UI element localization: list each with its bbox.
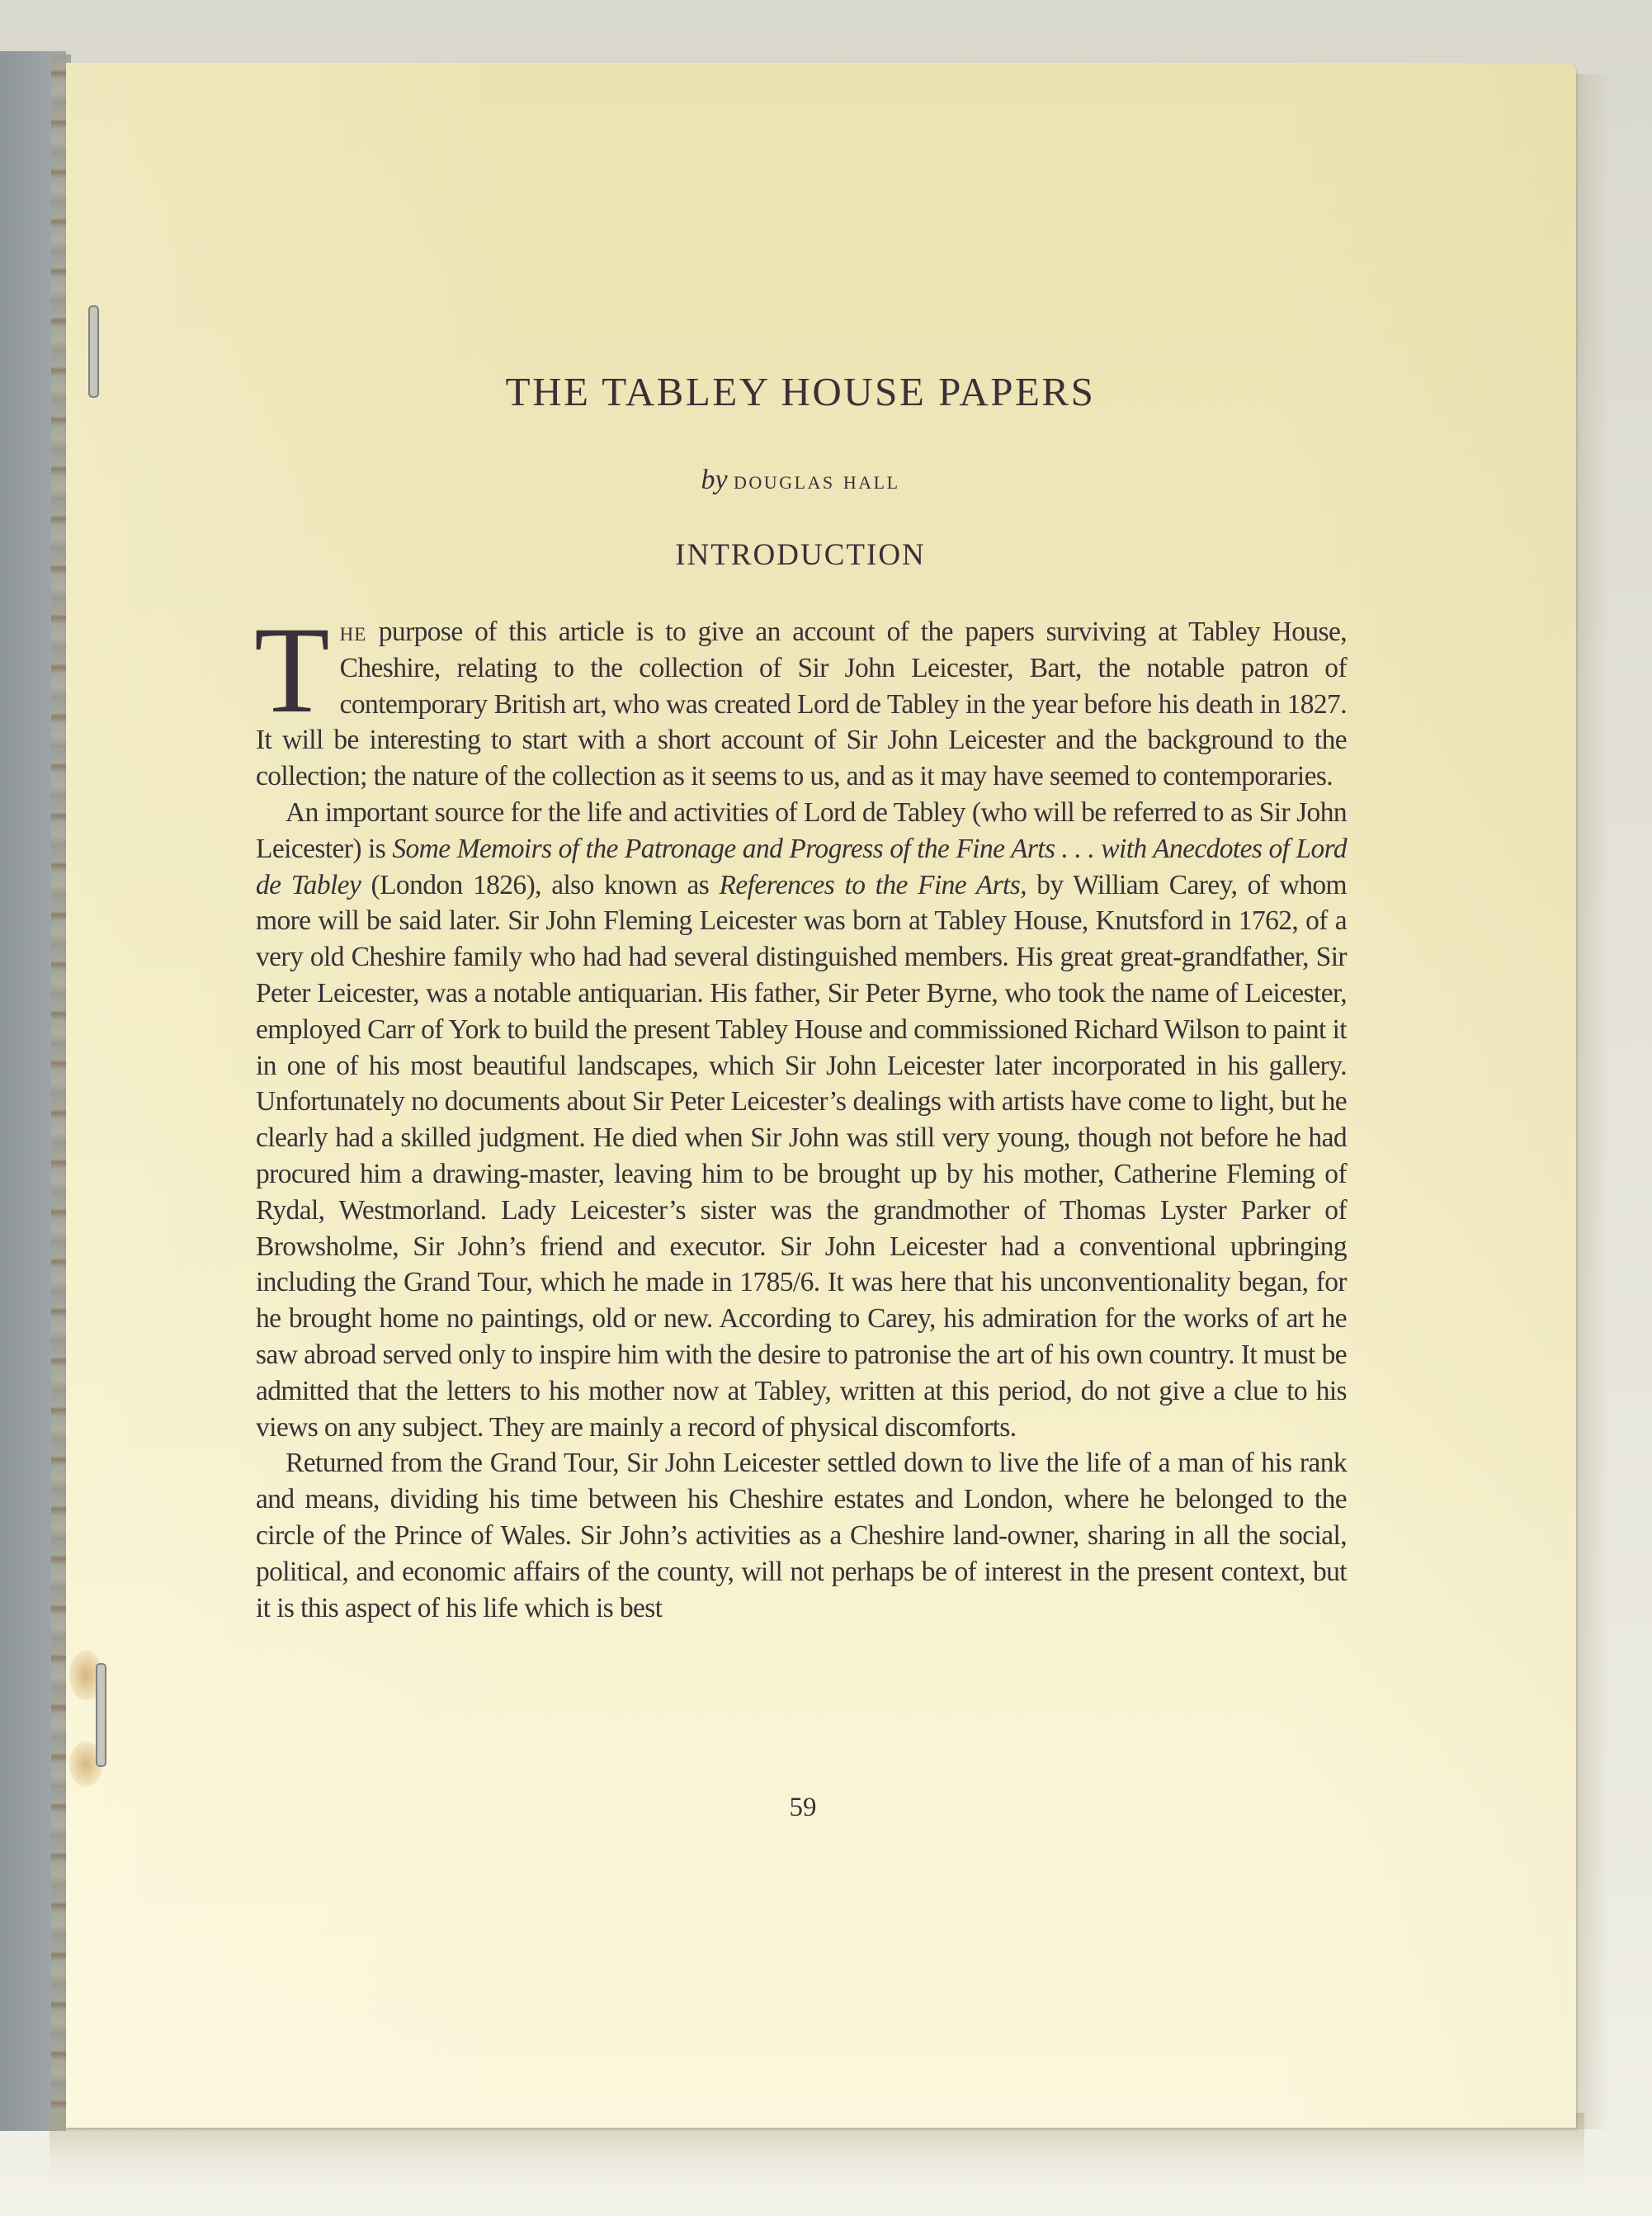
opening-small-caps: HE	[340, 617, 367, 647]
paragraph-2: An important source for the life and act…	[256, 795, 1347, 1445]
paragraph-text: by William Carey, of whom more will be s…	[256, 870, 1347, 1443]
byline-prefix: by	[701, 465, 727, 495]
paragraph-3: Returned from the Grand Tour, Sir John L…	[256, 1445, 1347, 1626]
author-name: DOUGLAS HALL	[734, 465, 900, 494]
section-heading: INTRODUCTION	[0, 537, 1601, 573]
page-content: THE TABLEY HOUSE PAPERS by DOUGLAS HALL …	[0, 0, 1652, 2216]
paragraph-text: (London 1826), also known as	[361, 870, 719, 900]
book-title-italic: References to the Fine Arts,	[720, 870, 1027, 900]
paragraph-text: purpose of this article is to give an ac…	[256, 617, 1347, 791]
drop-cap: T	[254, 621, 330, 721]
paragraph-1: THE purpose of this article is to give a…	[256, 614, 1347, 795]
paragraph-text: Returned from the Grand Tour, Sir John L…	[256, 1448, 1347, 1623]
article-title: THE TABLEY HOUSE PAPERS	[0, 368, 1601, 415]
article-body: THE purpose of this article is to give a…	[256, 614, 1347, 1626]
page-number: 59	[0, 1793, 1606, 1823]
byline: by DOUGLAS HALL	[0, 465, 1601, 496]
